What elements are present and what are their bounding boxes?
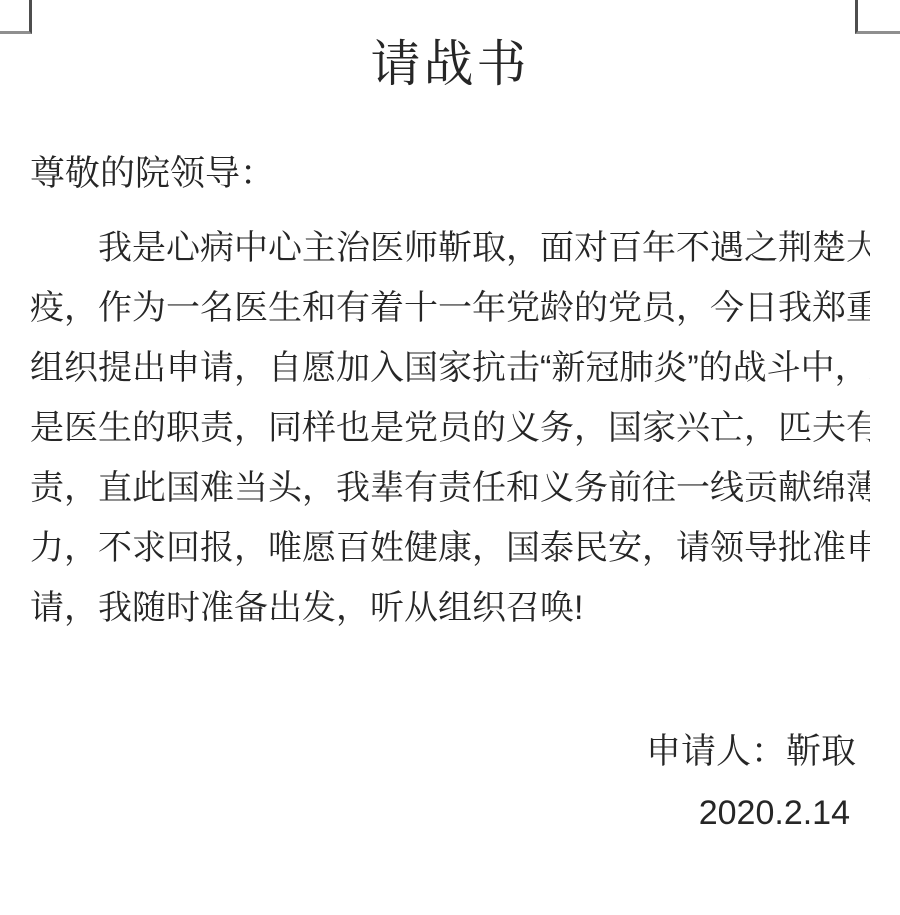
body-line: 是医生的职责，同样也是党员的义务，国家兴亡，匹夫有 xyxy=(30,398,870,458)
letter-page: 请战书 尊敬的院领导： 我是心病中心主治医师靳取，面对百年不遇之荆楚大 疫，作为… xyxy=(0,0,900,915)
body-line: 力，不求回报，唯愿百姓健康，国泰民安，请领导批准申 xyxy=(30,518,870,578)
body-line: 我是心病中心主治医师靳取，面对百年不遇之荆楚大 xyxy=(30,218,870,278)
frame-corner-top-left xyxy=(0,0,32,34)
body-line: 请，我随时准备出发，听从组织召唤! xyxy=(30,578,870,638)
letter-document: 请战书 尊敬的院领导： 我是心病中心主治医师靳取，面对百年不遇之荆楚大 疫，作为… xyxy=(0,34,900,834)
signature-line: 申请人：靳取 xyxy=(30,730,870,774)
frame-corner-top-right xyxy=(855,0,900,34)
letter-body: 我是心病中心主治医师靳取，面对百年不遇之荆楚大 疫，作为一名医生和有着十一年党龄… xyxy=(30,218,870,638)
date-line: 2020.2.14 xyxy=(30,792,870,834)
body-line: 疫，作为一名医生和有着十一年党龄的党员，今日我郑重向 xyxy=(30,278,870,338)
letter-title: 请战书 xyxy=(30,34,870,94)
letter-salutation: 尊敬的院领导： xyxy=(30,152,870,196)
body-line: 组织提出申请，自愿加入国家抗击“新冠肺炎”的战斗中，这 xyxy=(30,338,870,398)
body-line: 责，直此国难当头，我辈有责任和义务前往一线贡献绵薄之 xyxy=(30,458,870,518)
